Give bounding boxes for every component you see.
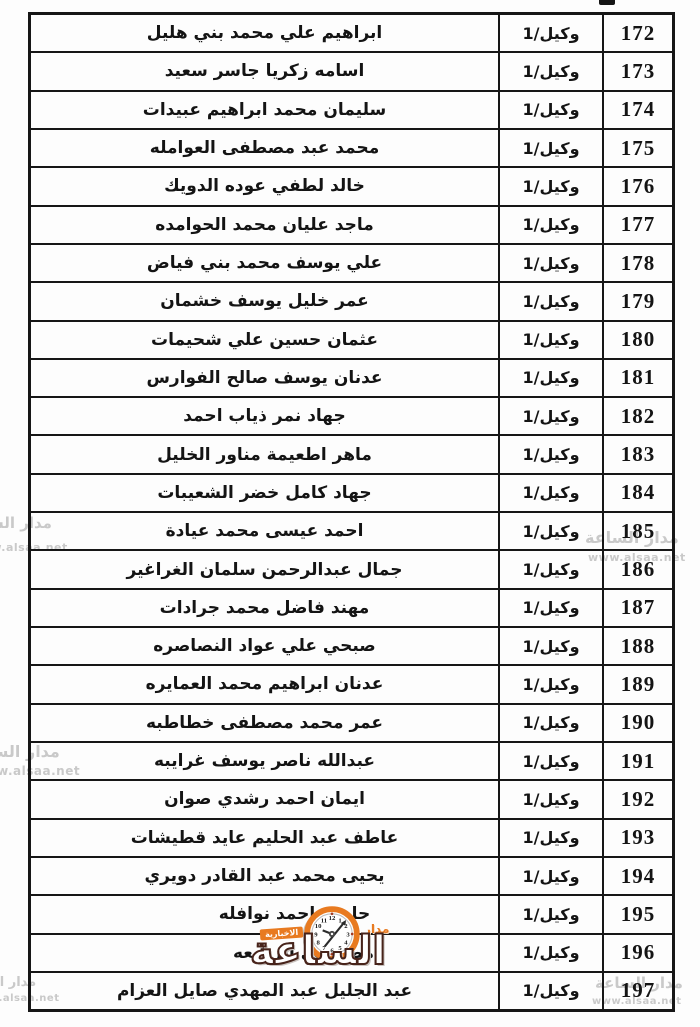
rank-cell: وكيل/1	[498, 551, 602, 587]
name-cell: عمر محمد مصطفى خطاطبه	[31, 705, 498, 741]
rank-cell: وكيل/1	[498, 92, 602, 128]
name-cell: مصطفى الربابعه	[31, 935, 498, 971]
serial-number-cell: 179	[602, 283, 672, 319]
serial-number-cell: 187	[602, 590, 672, 626]
name-cell: مهند فاضل محمد جرادات	[31, 590, 498, 626]
serial-number-cell: 174	[602, 92, 672, 128]
serial-number-cell: 186	[602, 551, 672, 587]
serial-number-cell: 177	[602, 207, 672, 243]
serial-number-cell: 194	[602, 858, 672, 894]
name-cell: عاطف عبد الحليم عايد قطيشات	[31, 820, 498, 856]
rank-cell: وكيل/1	[498, 436, 602, 472]
rank-cell: وكيل/1	[498, 322, 602, 358]
table-row: 189 وكيل/1 عدنان ابراهيم محمد العمايره	[31, 666, 672, 704]
table-row: 174 وكيل/1 سليمان محمد ابراهيم عبيدات	[31, 92, 672, 130]
rank-cell: وكيل/1	[498, 935, 602, 971]
name-cell: سليمان محمد ابراهيم عبيدات	[31, 92, 498, 128]
table-row: 197 وكيل/1 عبد الجليل عبد المهدي صايل ال…	[31, 973, 672, 1009]
name-cell: عبد الجليل عبد المهدي صايل العزام	[31, 973, 498, 1009]
table-row: 191 وكيل/1 عبدالله ناصر يوسف غرايبه	[31, 743, 672, 781]
serial-number-cell: 175	[602, 130, 672, 166]
name-cell: عمر خليل يوسف خشمان	[31, 283, 498, 319]
serial-number-cell: 182	[602, 398, 672, 434]
table-row: 184 وكيل/1 جهاد كامل خضر الشعيبات	[31, 475, 672, 513]
rank-cell: وكيل/1	[498, 743, 602, 779]
rank-cell: وكيل/1	[498, 475, 602, 511]
rank-cell: وكيل/1	[498, 628, 602, 664]
table-row: 196 وكيل/1 مصطفى الربابعه	[31, 935, 672, 973]
table-row: 182 وكيل/1 جهاد نمر ذياب احمد	[31, 398, 672, 436]
name-cell: خالد لطفي عوده الدويك	[31, 168, 498, 204]
roster-table: 172 وكيل/1 ابراهيم علي محمد بني هليل 173…	[28, 12, 675, 1012]
name-cell: علي يوسف محمد بني فياض	[31, 245, 498, 281]
serial-number-cell: 189	[602, 666, 672, 702]
name-cell: ابراهيم علي محمد بني هليل	[31, 15, 498, 51]
name-cell: ماهر اطعيمة مناور الخليل	[31, 436, 498, 472]
table-row: 181 وكيل/1 عدنان يوسف صالح الفوارس	[31, 360, 672, 398]
serial-number-cell: 197	[602, 973, 672, 1009]
table-row: 186 وكيل/1 جمال عبدالرحمن سلمان الغراغير	[31, 551, 672, 589]
table-row: 190 وكيل/1 عمر محمد مصطفى خطاطبه	[31, 705, 672, 743]
serial-number-cell: 180	[602, 322, 672, 358]
serial-number-cell: 193	[602, 820, 672, 856]
name-cell: جمال عبدالرحمن سلمان الغراغير	[31, 551, 498, 587]
table-row: 179 وكيل/1 عمر خليل يوسف خشمان	[31, 283, 672, 321]
serial-number-cell: 188	[602, 628, 672, 664]
rank-cell: وكيل/1	[498, 973, 602, 1009]
rank-cell: وكيل/1	[498, 245, 602, 281]
rank-cell: وكيل/1	[498, 130, 602, 166]
rank-cell: وكيل/1	[498, 858, 602, 894]
rank-cell: وكيل/1	[498, 820, 602, 856]
serial-number-cell: 184	[602, 475, 672, 511]
table-row: 175 وكيل/1 محمد عبد مصطفى العوامله	[31, 130, 672, 168]
rank-cell: وكيل/1	[498, 398, 602, 434]
name-cell: احمد عيسى محمد عيادة	[31, 513, 498, 549]
rank-cell: وكيل/1	[498, 705, 602, 741]
name-cell: جهاد نمر ذياب احمد	[31, 398, 498, 434]
rank-cell: وكيل/1	[498, 283, 602, 319]
serial-number-cell: 185	[602, 513, 672, 549]
serial-number-cell: 173	[602, 53, 672, 89]
rank-cell: وكيل/1	[498, 168, 602, 204]
rank-cell: وكيل/1	[498, 781, 602, 817]
name-cell: جهاد كامل خضر الشعيبات	[31, 475, 498, 511]
rank-cell: وكيل/1	[498, 360, 602, 396]
name-cell: محمد عبد مصطفى العوامله	[31, 130, 498, 166]
cutoff-text-fragment	[599, 0, 615, 5]
table-row: 172 وكيل/1 ابراهيم علي محمد بني هليل	[31, 15, 672, 53]
serial-number-cell: 190	[602, 705, 672, 741]
table-row: 188 وكيل/1 صبحي علي عواد النصاصره	[31, 628, 672, 666]
serial-number-cell: 181	[602, 360, 672, 396]
name-cell: عبدالله ناصر يوسف غرايبه	[31, 743, 498, 779]
table-row: 193 وكيل/1 عاطف عبد الحليم عايد قطيشات	[31, 820, 672, 858]
serial-number-cell: 195	[602, 896, 672, 932]
rank-cell: وكيل/1	[498, 513, 602, 549]
table-row: 192 وكيل/1 ايمان احمد رشدي صوان	[31, 781, 672, 819]
name-cell: ايمان احمد رشدي صوان	[31, 781, 498, 817]
table-row: 187 وكيل/1 مهند فاضل محمد جرادات	[31, 590, 672, 628]
table-row: 194 وكيل/1 يحيى محمد عبد القادر دويري	[31, 858, 672, 896]
serial-number-cell: 192	[602, 781, 672, 817]
rank-cell: وكيل/1	[498, 896, 602, 932]
table-row: 180 وكيل/1 عثمان حسين علي شحيمات	[31, 322, 672, 360]
table-row: 185 وكيل/1 احمد عيسى محمد عيادة	[31, 513, 672, 551]
serial-number-cell: 178	[602, 245, 672, 281]
name-cell: عدنان يوسف صالح الفوارس	[31, 360, 498, 396]
serial-number-cell: 183	[602, 436, 672, 472]
table-row: 176 وكيل/1 خالد لطفي عوده الدويك	[31, 168, 672, 206]
table-row: 177 وكيل/1 ماجد عليان محمد الحوامده	[31, 207, 672, 245]
serial-number-cell: 191	[602, 743, 672, 779]
table-row: 178 وكيل/1 علي يوسف محمد بني فياض	[31, 245, 672, 283]
table-row: 183 وكيل/1 ماهر اطعيمة مناور الخليل	[31, 436, 672, 474]
name-cell: عدنان ابراهيم محمد العمايره	[31, 666, 498, 702]
document-page: مدار الساعة www.alsaa.net مدار الساعة ww…	[0, 0, 700, 1027]
name-cell: يحيى محمد عبد القادر دويري	[31, 858, 498, 894]
name-cell: اسامه زكريا جاسر سعيد	[31, 53, 498, 89]
rank-cell: وكيل/1	[498, 590, 602, 626]
name-cell: حابس احمد نوافله	[31, 896, 498, 932]
name-cell: صبحي علي عواد النصاصره	[31, 628, 498, 664]
rank-cell: وكيل/1	[498, 15, 602, 51]
rank-cell: وكيل/1	[498, 666, 602, 702]
table-row: 173 وكيل/1 اسامه زكريا جاسر سعيد	[31, 53, 672, 91]
table-row: 195 وكيل/1 حابس احمد نوافله	[31, 896, 672, 934]
name-cell: عثمان حسين علي شحيمات	[31, 322, 498, 358]
rank-cell: وكيل/1	[498, 53, 602, 89]
name-cell: ماجد عليان محمد الحوامده	[31, 207, 498, 243]
serial-number-cell: 196	[602, 935, 672, 971]
serial-number-cell: 176	[602, 168, 672, 204]
serial-number-cell: 172	[602, 15, 672, 51]
rank-cell: وكيل/1	[498, 207, 602, 243]
